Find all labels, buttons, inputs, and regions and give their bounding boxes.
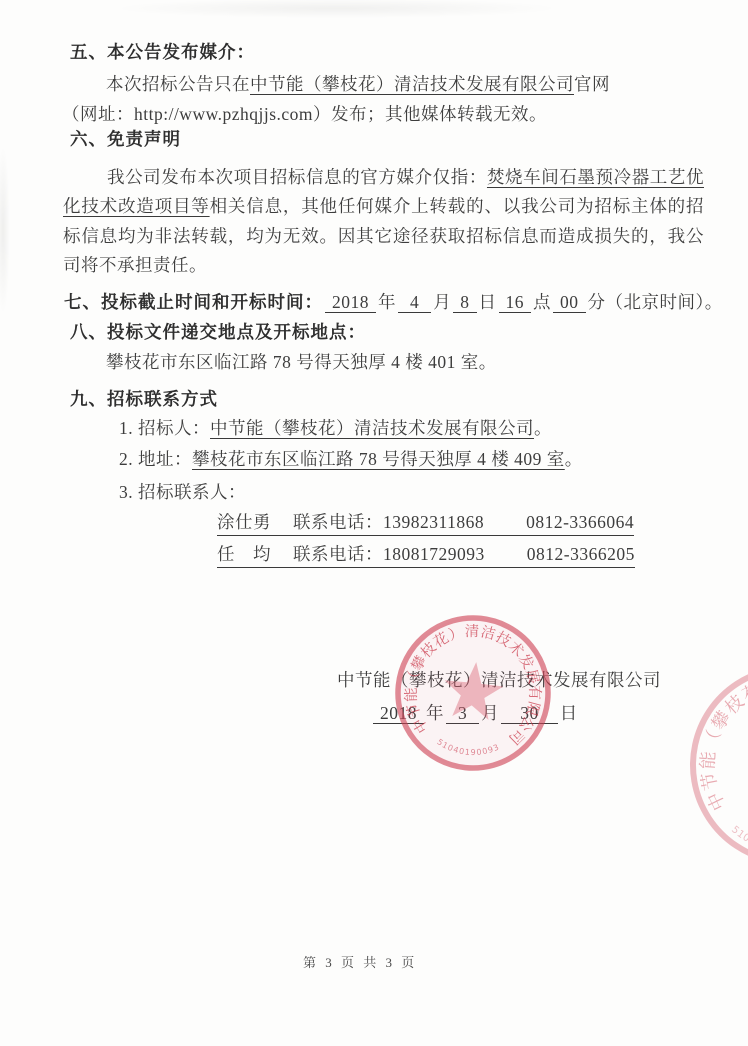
contact-row-1: 涂仕勇联系电话：139823118680812-3366064 (217, 512, 634, 534)
contact-2-landline: 0812-3366205 (527, 544, 635, 564)
svg-text:中节能（攀枝花）清洁技术发展有限公司: 中节能（攀枝花）清洁技术发展有限公司 (686, 655, 748, 847)
section8-heading: 八、投标文件递交地点及开标地点： (70, 322, 366, 344)
bid-deadline-month: 4 (398, 292, 431, 313)
section9-item1: 1. 招标人：中节能（攀枝花）清洁技术发展有限公司。 (119, 418, 552, 440)
signature-month: 3 (446, 703, 479, 724)
hour-unit: 点 (533, 292, 551, 312)
section9-item3-label: 3. 招标联系人： (119, 482, 246, 504)
minute-unit: 分 (588, 292, 606, 312)
seal-ring (391, 611, 556, 776)
item2-period: 。 (565, 449, 583, 469)
section5-line1-post: 官网 (574, 74, 610, 94)
bid-deadline-hour: 16 (499, 292, 532, 313)
edge-seal-ring (680, 655, 748, 875)
document-page: 五、本公告发布媒介： 本次招标公告只在中节能（攀枝花）清洁技术发展有限公司官网 … (0, 0, 748, 1046)
contact-2-name: 任 均 (217, 544, 271, 564)
signature-year-unit: 年 (426, 703, 444, 723)
section6-para-pre: 我公司发布本次项目招标信息的官方媒介仅指： (107, 167, 487, 187)
signature-month-unit: 月 (481, 703, 499, 723)
section8-address: 攀枝花市东区临江路 78 号得天独厚 4 楼 401 室。 (106, 352, 497, 374)
section9-heading: 九、招标联系方式 (70, 389, 218, 411)
section5-line1: 本次招标公告只在中节能（攀枝花）清洁技术发展有限公司官网 (106, 74, 610, 96)
contact-1-name: 涂仕勇 (217, 512, 271, 532)
section6-heading: 六、免责声明 (70, 129, 181, 151)
year-unit: 年 (378, 292, 396, 312)
month-unit: 月 (433, 292, 451, 312)
signature-day: 30 (501, 703, 558, 724)
bid-deadline-year: 2018 (325, 292, 376, 313)
item2-label: 2. 地址： (119, 449, 192, 469)
contact-row-2: 任 均联系电话：180817290930812-3366205 (217, 544, 635, 566)
item1-period: 。 (534, 418, 552, 438)
contact-2-phone-label: 联系电话： (293, 544, 383, 564)
contact-2-underline: 任 均联系电话：180817290930812-3366205 (217, 544, 635, 568)
edge-seal-arc-text: 中节能（攀枝花）清洁技术发展有限公司 (686, 655, 748, 847)
section6-paragraph: 我公司发布本次项目招标信息的官方媒介仅指：焚烧车间石墨预冷器工艺优化技术改造项目… (63, 163, 704, 281)
section5-line2-url: （网址：http://www.pzhqjjs.com）发布；其他媒体转载无效。 (62, 104, 547, 126)
seal-ink-wash (391, 611, 556, 776)
svg-text:5104019009380: 5104019009380 (727, 823, 748, 863)
signature-year: 2018 (373, 703, 424, 724)
timezone-note: （北京时间）。 (606, 292, 723, 312)
contact-1-mobile: 13982311868 (383, 512, 484, 532)
edge-seal-number: 5104019009380 (727, 823, 748, 863)
tenderer-name-underlined: 中节能（攀枝花）清洁技术发展有限公司 (210, 418, 534, 438)
edge-seal-partial: 中节能（攀枝花）清洁技术发展有限公司 5104019009380 (680, 655, 748, 875)
day-unit: 日 (479, 292, 497, 312)
signature-company: 中节能（攀枝花）清洁技术发展有限公司 (337, 667, 661, 692)
section5-line1-pre: 本次招标公告只在 (106, 74, 250, 94)
signature-date: 2018年3月30日 (371, 700, 578, 725)
contact-1-landline: 0812-3366064 (526, 512, 634, 532)
bid-deadline-day: 8 (453, 292, 476, 313)
item1-label: 1. 招标人： (119, 418, 210, 438)
contact-1-underline: 涂仕勇联系电话：139823118680812-3366064 (217, 512, 634, 536)
contact-1-phone-label: 联系电话： (293, 512, 383, 532)
tenderer-address-underlined: 攀枝花市东区临江路 78 号得天独厚 4 楼 409 室 (192, 449, 565, 469)
page-number-footer: 第 3 页 共 3 页 (303, 952, 417, 971)
section7-heading: 七、投标截止时间和开标时间： (64, 292, 323, 312)
signature-day-unit: 日 (560, 703, 578, 723)
section5-company-underlined: 中节能（攀枝花）清洁技术发展有限公司 (250, 74, 574, 94)
bid-deadline-minute: 00 (553, 292, 586, 313)
contact-2-mobile: 18081729093 (383, 544, 485, 564)
section5-heading: 五、本公告发布媒介： (70, 42, 255, 64)
company-seal: 中节能（攀枝花）清洁技术发展有限公司 5104019009380 (378, 598, 568, 788)
section7-line: 七、投标截止时间和开标时间：2018年4月8日16点00分（北京时间）。 (64, 292, 723, 314)
section9-item2: 2. 地址：攀枝花市东区临江路 78 号得天独厚 4 楼 409 室。 (119, 449, 583, 471)
